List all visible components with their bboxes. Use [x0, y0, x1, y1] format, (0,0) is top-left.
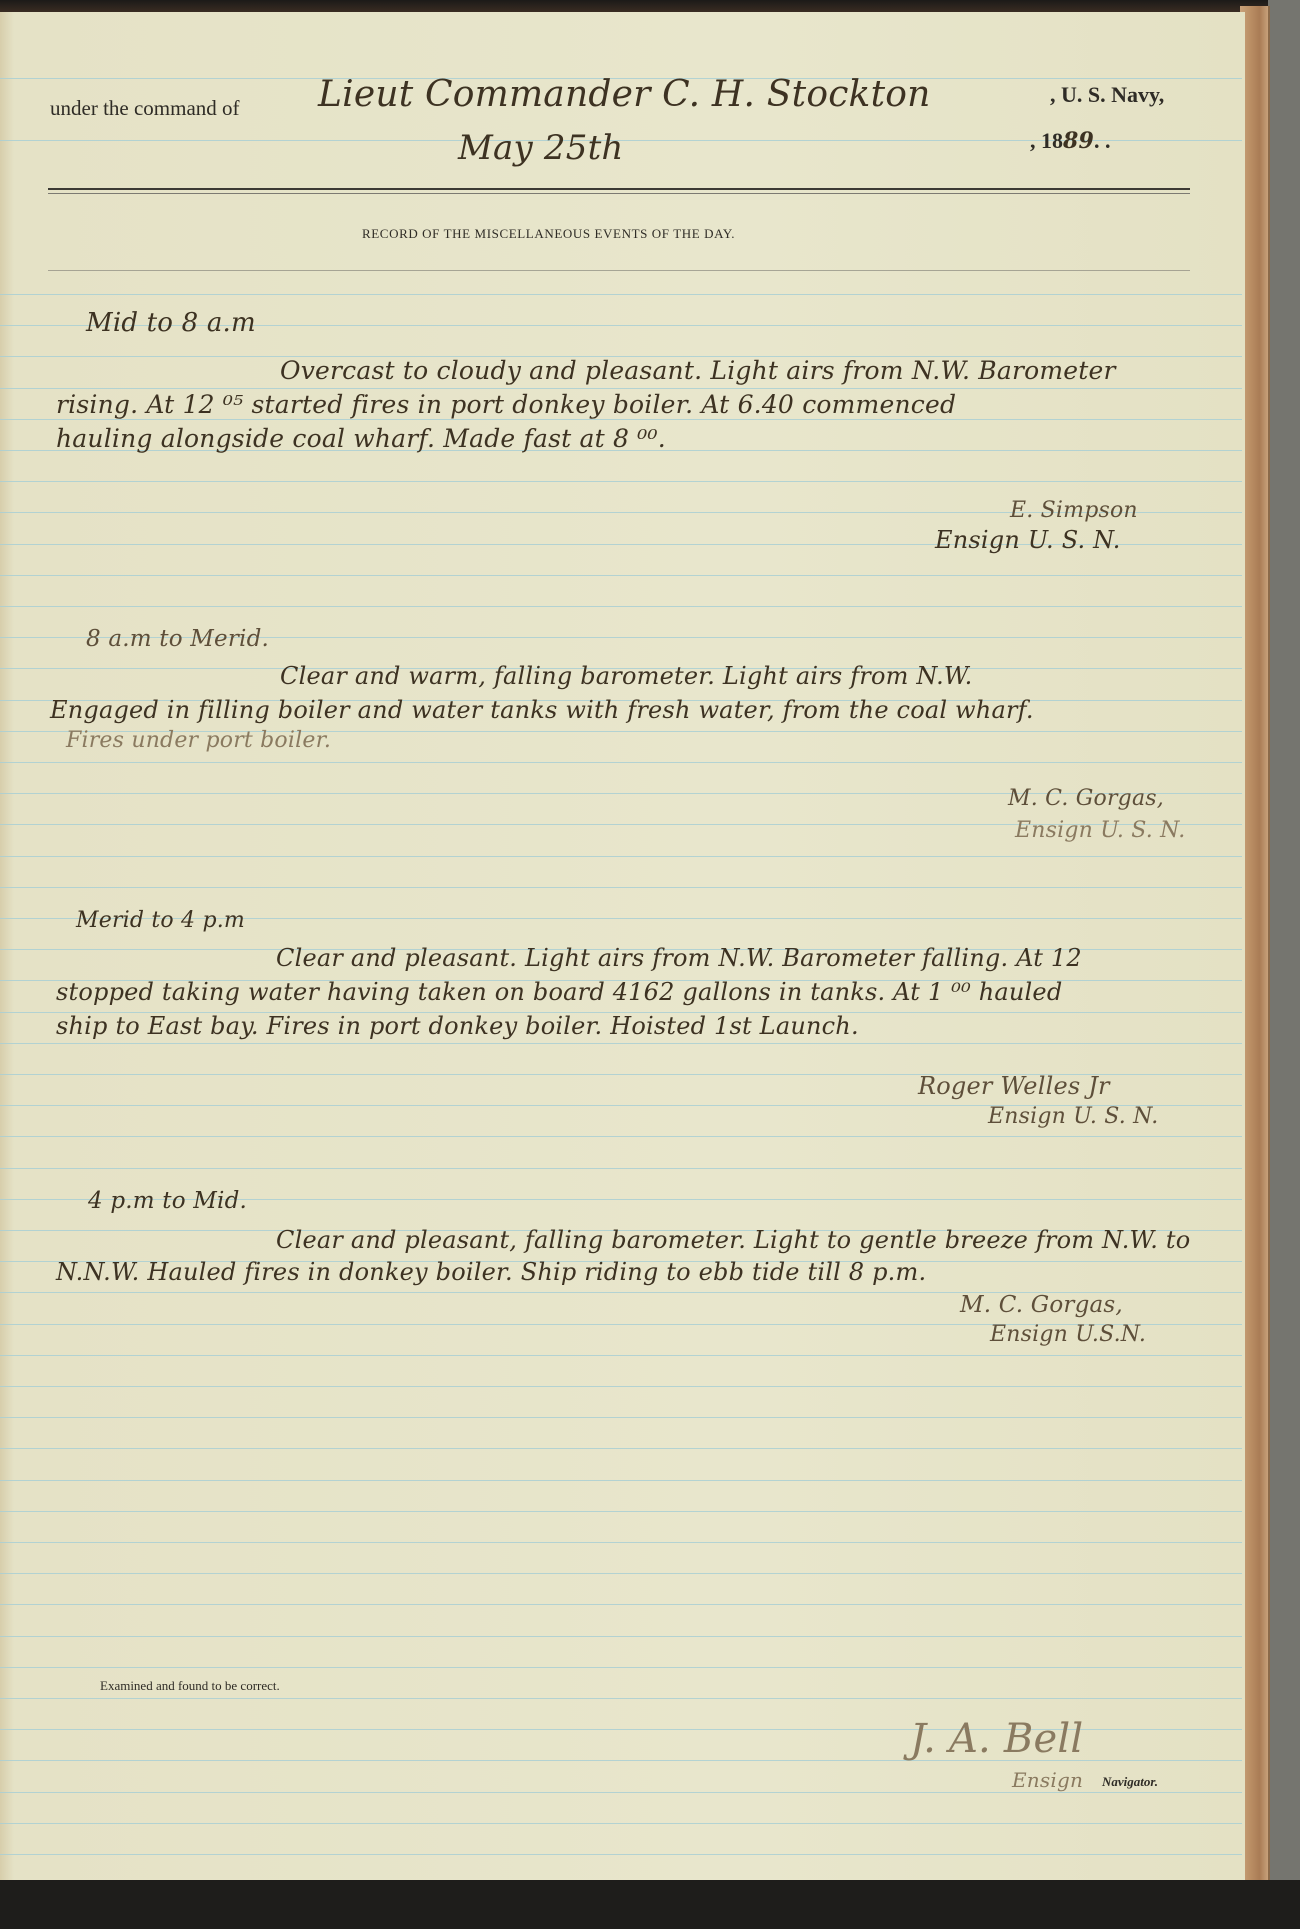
ruled-line — [0, 1698, 1242, 1699]
entry-3-line-3: ship to East bay. Fires in port donkey b… — [56, 1012, 859, 1040]
ruled-line — [0, 1792, 1242, 1793]
year-field: , 1889. . — [1030, 128, 1111, 154]
entry-4-watch: 4 p.m to Mid. — [88, 1188, 247, 1214]
entry-2-line-3: Fires under port boiler. — [66, 728, 331, 753]
entry-1-line-1: Overcast to cloudy and pleasant. Light a… — [280, 356, 1116, 385]
ruled-line — [0, 1386, 1242, 1387]
header-divider-thin — [48, 193, 1190, 194]
logbook-page: under the command of Lieut Commander C. … — [0, 12, 1245, 1890]
ruled-line — [0, 1448, 1242, 1449]
year-handwritten: 89 — [1063, 128, 1094, 154]
ruled-line — [0, 294, 1242, 295]
entry-3-line-2: stopped taking water having taken on boa… — [56, 978, 1062, 1006]
ruled-line — [0, 1136, 1242, 1137]
year-suffix: . . — [1094, 128, 1111, 153]
navigator-label: Navigator. — [1102, 1774, 1158, 1790]
ruled-line — [0, 1480, 1242, 1481]
ruled-line — [0, 1355, 1242, 1356]
ruled-line — [0, 1168, 1242, 1169]
examined-text: Examined and found to be correct. — [100, 1678, 280, 1694]
ruled-line — [0, 856, 1242, 857]
ruled-line — [0, 1542, 1242, 1543]
date-handwritten: May 25th — [458, 128, 624, 168]
entry-4-line-1: Clear and pleasant, falling barometer. L… — [276, 1226, 1190, 1254]
header-divider-thick — [48, 188, 1190, 190]
ruled-line — [0, 419, 1242, 420]
ruled-line — [0, 606, 1242, 607]
entry-3-signature-rank: Ensign U. S. N. — [988, 1104, 1158, 1129]
entry-1-line-2: rising. At 12 ⁰⁵ started fires in port d… — [56, 390, 956, 419]
ruled-line — [0, 762, 1242, 763]
book-bottom-shadow — [0, 1880, 1300, 1929]
ruled-line — [0, 481, 1242, 482]
entry-2-line-2: Engaged in filling boiler and water tank… — [50, 696, 1034, 724]
year-prefix: , 18 — [1030, 128, 1063, 153]
ruled-line — [0, 1636, 1242, 1637]
ruled-line — [0, 1511, 1242, 1512]
entry-1-line-3: hauling alongside coal wharf. Made fast … — [56, 424, 666, 453]
navigator-rank-handwritten: Ensign — [1012, 1768, 1083, 1792]
entry-3-line-1: Clear and pleasant. Light airs from N.W.… — [276, 944, 1082, 972]
command-prefix: under the command of — [50, 96, 240, 121]
entry-2-signature-name: M. C. Gorgas, — [1008, 786, 1164, 811]
entry-4-signature-name: M. C. Gorgas, — [960, 1292, 1123, 1318]
ruled-line — [0, 887, 1242, 888]
ruled-line — [0, 1667, 1242, 1668]
ruled-line — [0, 1823, 1242, 1824]
section-title: RECORD OF THE MISCELLANEOUS EVENTS OF TH… — [362, 226, 735, 242]
entry-2-watch: 8 a.m to Merid. — [86, 626, 269, 652]
navigator-signature: J. A. Bell — [910, 1716, 1083, 1762]
ruled-line — [0, 1043, 1242, 1044]
background-right — [1268, 0, 1300, 1929]
entry-4-line-2: N.N.W. Hauled fires in donkey boiler. Sh… — [56, 1258, 926, 1286]
ruled-line — [0, 575, 1242, 576]
navy-suffix: , U. S. Navy, — [1050, 82, 1164, 108]
entry-2-line-1: Clear and warm, falling barometer. Light… — [280, 662, 972, 690]
commander-name: Lieut Commander C. H. Stockton — [318, 74, 931, 115]
section-divider — [48, 270, 1190, 271]
ruled-line — [0, 1573, 1242, 1574]
ruled-line — [0, 388, 1242, 389]
entry-1-signature-name: E. Simpson — [1010, 498, 1138, 523]
ruled-line — [0, 1604, 1242, 1605]
book-top-shadow — [0, 0, 1300, 12]
entry-1-watch: Mid to 8 a.m — [86, 308, 256, 338]
entry-3-signature-name: Roger Welles Jr — [918, 1072, 1110, 1100]
entry-3-watch: Merid to 4 p.m — [76, 908, 245, 933]
ruled-line — [0, 1417, 1242, 1418]
entry-1-signature-rank: Ensign U. S. N. — [935, 526, 1121, 554]
ruled-line — [0, 1854, 1242, 1855]
entry-2-signature-rank: Ensign U. S. N. — [1015, 818, 1185, 843]
entry-4-signature-rank: Ensign U.S.N. — [990, 1322, 1146, 1347]
